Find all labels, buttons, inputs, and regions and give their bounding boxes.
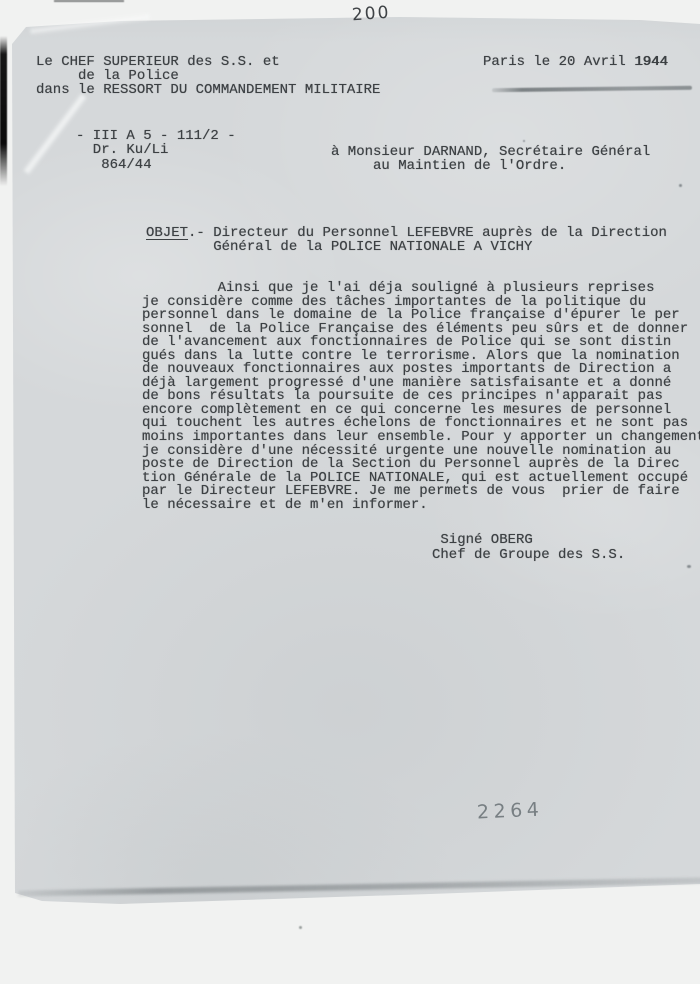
date-place: Paris le 20 Avril — [483, 54, 634, 70]
ink-speck — [687, 565, 691, 568]
body-paragraph: Ainsi que je l'ai déja souligné à plusie… — [142, 282, 700, 512]
ink-speck — [299, 926, 302, 929]
signature-block: Signé OBERG Chef de Groupe des S.S. — [432, 533, 625, 563]
addressee-block: à Monsieur DARNAND, Secrétaire Général a… — [331, 145, 650, 174]
document-scan: 200 Le CHEF SUPERIEUR des S.S. et de la … — [0, 0, 700, 984]
date-line: Paris le 20 Avril 1944 — [483, 56, 668, 70]
subject-line: OBJET.- Directeur du Personnel LEFEBVRE … — [146, 226, 667, 254]
handwritten-number-top: 200 — [351, 3, 391, 26]
sender-block: Le CHEF SUPERIEUR des S.S. et de la Poli… — [36, 55, 380, 97]
reference-block: - III A 5 - 111/2 - Dr. Ku/Li 864/44 — [76, 129, 236, 172]
subject-text: .- Directeur du Personnel LEFEBVRE auprè… — [146, 225, 667, 255]
scan-edge-top — [54, 0, 124, 2]
ink-speck — [523, 140, 525, 142]
handwritten-number-bottom: 2264 — [477, 799, 544, 824]
date-year: 1944 — [634, 54, 668, 70]
ink-speck — [679, 184, 682, 187]
scan-edge-strip — [0, 36, 7, 186]
